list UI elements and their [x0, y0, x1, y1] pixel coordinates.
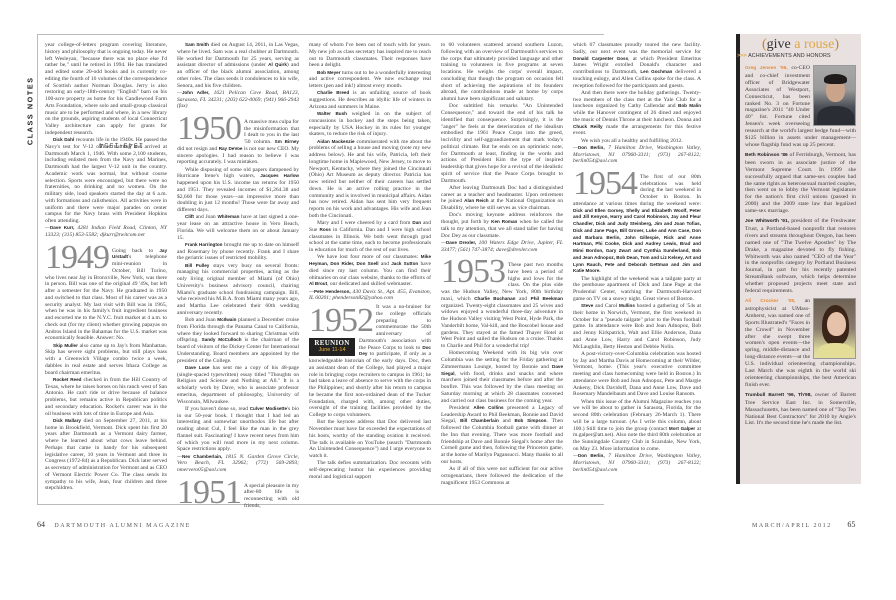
column-1: year college-of-letters program covering… — [45, 42, 167, 493]
honor-entry: Ali Crocker '08, an astrophysicist at UM… — [745, 298, 856, 389]
paragraph: Charlie Breed is an unfailing source of … — [309, 90, 431, 110]
class-secretary-signature: —Nev Chamberlain, 1815 N. Garden Grove C… — [177, 454, 299, 474]
paragraph: The highlight of the weekend was a tailg… — [573, 276, 701, 303]
paragraph: Rocket Reed checked in from the Hill Cou… — [45, 377, 167, 418]
paragraph: Dick Dahl recounts life in the 1940s. He… — [45, 137, 167, 225]
year-section-1953: 1953 These past two months have been a p… — [441, 255, 563, 350]
paragraph: When this issue of the Alumni Magazine r… — [573, 399, 701, 453]
page-number: 65 — [847, 520, 855, 529]
reunion-dates: June 11-14 — [309, 347, 355, 354]
year-section-1952: 1952 REUNION June 11-14 It was a no-brai… — [309, 304, 431, 419]
year-section-1949: 1949 Going back to Jay Urstadt's telepho… — [45, 241, 167, 343]
honor-entry: Trumbull Barrett '96, Th'98, owner of Ba… — [745, 392, 856, 428]
paragraph: Doc's moving keynote address reinforces … — [441, 212, 563, 239]
section-side-label: 1949-1954 CLASS NOTES — [24, 34, 36, 154]
paragraph: Skip Muller also came up to Jay's from M… — [45, 343, 167, 377]
honor-entry: Joe Whitworth '91, president of the Fres… — [745, 218, 856, 295]
paragraph: Mary and I were cheered by a card from D… — [309, 220, 431, 254]
year-section-1950: 1950 A massive mea culpa for the misinfo… — [177, 112, 299, 167]
paragraph: Bill Pulley stays very busy on several f… — [177, 263, 299, 317]
paragraph: year college-of-letters program covering… — [45, 42, 167, 137]
paragraph: Homecoming Weekend with its big win over… — [441, 350, 563, 404]
paragraph: Dave Luce has sent me a copy of his 48-p… — [177, 365, 299, 406]
paragraph: We wish you all a healthy and fulfilling… — [573, 138, 701, 145]
reunion-badge: REUNION June 11-14 — [309, 338, 355, 356]
greg-jensen-photo — [813, 65, 856, 126]
paragraph: And then there were the holiday gatherin… — [573, 90, 701, 137]
paragraph: Doc subtitled his remarks "An Unintended… — [441, 103, 563, 184]
right-page-footer: MARCH/APRIL 2012 65 — [752, 520, 855, 529]
class-secretary-signature: —Pete Henderson, 430 Davis St., Apt. 455… — [309, 289, 431, 303]
paragraph: which 67 classmates proudly toured the n… — [573, 42, 701, 89]
paragraph: Clift and Joan Whiteman have at last sig… — [177, 214, 299, 241]
paragraph: Steve and Carol Mullins hosted a gatheri… — [573, 303, 701, 350]
paragraph: to 60 volunteers scattered around southe… — [441, 42, 563, 103]
year-heading: 1954 — [573, 169, 637, 199]
paragraph: Bob Meyer turns out to be a wonderfully … — [309, 70, 431, 90]
paragraph: Dick Mallary died on September 27, 2011,… — [45, 418, 167, 492]
paragraph: Walter Bush weighed in on the subject of… — [309, 111, 431, 138]
paragraph: The talk defies summarization. Doc recou… — [309, 460, 431, 480]
year-heading: 1951 — [177, 478, 241, 508]
class-secretary-signature: —John Adler, 1621 Pelican Cove Road, BA1… — [177, 90, 299, 110]
year-heading: 1953 — [441, 257, 505, 287]
give-a-rouse-sidebar: (give a rouse) >>> ACHIEVEMENTS AND HONO… — [736, 34, 861, 484]
class-secretary-signature: —Don Berlin, 7 Hamilton Drive, Washingto… — [573, 453, 701, 473]
arrows-icon: >>> — [737, 53, 747, 59]
paragraph: If you haven't done so, read Culver Modi… — [177, 406, 299, 453]
magazine-title: DARTMOUTH ALUMNI MAGAZINE — [54, 523, 191, 529]
paragraph: As if all of this were not sufficient fo… — [441, 466, 563, 486]
paragraph: Aidan Mackenzie commiserated with me abo… — [309, 139, 431, 220]
year-heading: 1950 — [177, 114, 241, 144]
paragraph: many of whom I've been out of touch with… — [309, 42, 431, 69]
year-section-1954: 1954 The first of our 80th celebrations … — [573, 167, 701, 276]
column-2: Sam Smith died on August 14, 2011, in La… — [177, 42, 299, 510]
paragraph: Frank Harrington brought me up to date o… — [177, 242, 299, 262]
honor-entry: Greg Jensen '96, co-CEO and co-chief inv… — [745, 65, 856, 149]
class-secretary-signature: —Dave Kurr, 4281 Indian Field Road, Clin… — [45, 225, 167, 239]
paragraph: Sam Smith died on August 14, 2011, in La… — [177, 42, 299, 89]
left-page-footer: 64 DARTMOUTH ALUMNI MAGAZINE — [37, 520, 191, 529]
reunion-label: REUNION — [309, 340, 355, 347]
class-notes-label: CLASS NOTES — [26, 76, 35, 145]
sidebar-subtitle: >>> ACHIEVEMENTS AND HONORS — [737, 53, 856, 59]
page-number: 64 — [37, 520, 45, 529]
sidebar-title: (give a rouse) — [745, 38, 856, 52]
year-heading: 1952 — [309, 306, 373, 336]
ali-crocker-photo — [813, 298, 856, 359]
honor-entry: Beth Robinson '86 of Ferrisburgh, Vermon… — [745, 152, 856, 215]
year-section-1951: 1951 A special pleasure in my after-80 l… — [177, 476, 299, 510]
paragraph: Bob and Joan McIlwain planned a December… — [177, 317, 299, 364]
paragraph: We have lost four more of our classmates… — [309, 254, 431, 288]
class-secretary-signature: —Don Berlin, 7 Hamilton Drive, Washingto… — [573, 145, 701, 165]
paragraph: After leaving Dartmouth Doc had a distin… — [441, 185, 563, 212]
column-3: many of whom I've been out of touch with… — [309, 42, 431, 481]
issue-date: MARCH/APRIL 2012 — [752, 523, 832, 529]
year-heading: 1949 — [45, 243, 109, 273]
column-5: which 67 classmates proudly toured the n… — [573, 42, 701, 474]
paragraph: President Allen Collins presented a Lega… — [441, 405, 563, 466]
paragraph: But the keynote address that Doc deliver… — [309, 419, 431, 460]
paragraph: While disposing of some old papers dampe… — [177, 167, 299, 214]
class-secretary-signature: —Dave Drexler, 100 Waters Edge Drive, Ju… — [441, 240, 563, 254]
column-4: to 60 volunteers scattered around southe… — [441, 42, 563, 487]
paragraph: A post-victory-over-Columbia celebration… — [573, 351, 701, 398]
